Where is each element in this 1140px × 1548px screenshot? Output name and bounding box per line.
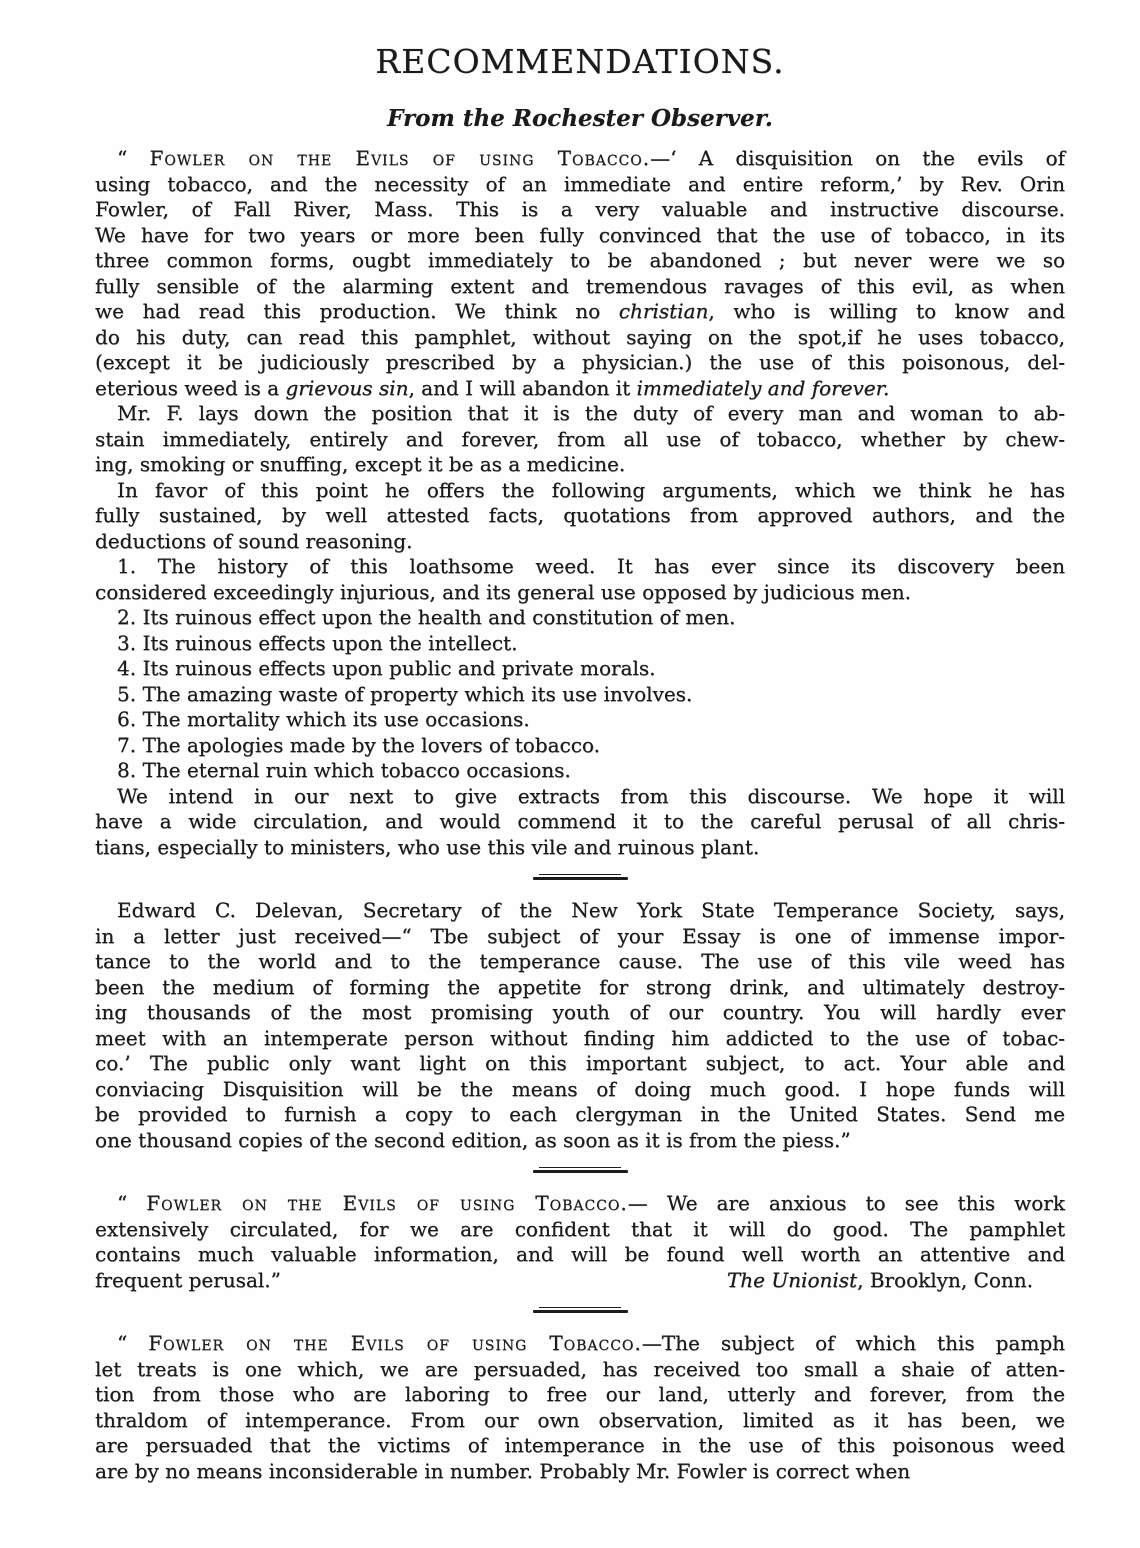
- divider-thick-bar: [533, 1170, 628, 1173]
- text-line: Mr. F. lays down the position that it is…: [95, 401, 1065, 427]
- attribution-text: The Unionist, Brooklyn, Conn.: [727, 1268, 1033, 1294]
- text-column: RECOMMENDATIONS. From the Rochester Obse…: [95, 45, 1065, 1484]
- text-line: We have for two years or more been fully…: [95, 223, 1065, 249]
- text-line: let treats is one which, we are persuade…: [95, 1357, 1065, 1383]
- text-line: meet with an intemperate person without …: [95, 1026, 1065, 1052]
- text-line: contains much valuable information, and …: [95, 1242, 1065, 1268]
- argument-item-7: 7. The apologies made by the lovers of t…: [95, 733, 1065, 759]
- text-line: been the medium of forming the appetite …: [95, 975, 1065, 1001]
- unionist-review-paragraph: “ Fowler on the Evils of using Tobacco.—…: [95, 1191, 1065, 1293]
- text-line: frequent perusal.”The Unionist, Brooklyn…: [95, 1268, 1065, 1294]
- text-line: tance to the world and to the temperance…: [95, 949, 1065, 975]
- divider-thin-bar: [539, 874, 621, 875]
- text-line: considered exceedingly injurious, and it…: [95, 580, 1065, 606]
- closing-paragraph: We intend in our next to give extracts f…: [95, 784, 1065, 861]
- italic-text: The Unionist: [727, 1268, 857, 1292]
- text-line: fully sensible of the alarming extent an…: [95, 274, 1065, 300]
- position-paragraph: Mr. F. lays down the position that it is…: [95, 401, 1065, 478]
- text-line: Edward C. Delevan, Secretary of the New …: [95, 898, 1065, 924]
- text-line: tion from those who are laboring to free…: [95, 1382, 1065, 1408]
- page-title: RECOMMENDATIONS.: [95, 45, 1065, 78]
- text-line: 6. The mortality which its use occasions…: [95, 707, 1065, 733]
- argument-item-6: 6. The mortality which its use occasions…: [95, 707, 1065, 733]
- text-line: 3. Its ruinous effects upon the intellec…: [95, 631, 1065, 657]
- section-divider: [533, 874, 628, 880]
- final-review-paragraph: “ Fowler on the Evils of using Tobacco.—…: [95, 1331, 1065, 1484]
- divider-thin-bar: [539, 1307, 621, 1308]
- plain-text: “: [117, 146, 149, 170]
- argument-item-2: 2. Its ruinous effect upon the health an…: [95, 605, 1065, 631]
- text-line: 2. Its ruinous effect upon the health an…: [95, 605, 1065, 631]
- text-line: stain immediately, entirely and forever,…: [95, 427, 1065, 453]
- plain-text: “: [117, 1331, 148, 1355]
- divider-thick-bar: [533, 1310, 628, 1313]
- argument-item-8: 8. The eternal ruin which tobacco occasi…: [95, 758, 1065, 784]
- text-line: are by no means inconsiderable in number…: [95, 1459, 1065, 1485]
- quote-end-text: frequent perusal.”: [95, 1268, 281, 1294]
- text-line: 4. Its ruinous effects upon public and p…: [95, 656, 1065, 682]
- text-line: thraldom of intemperance. From our own o…: [95, 1408, 1065, 1434]
- plain-text: —‘ A disquisition on the evils of: [650, 146, 1065, 170]
- italic-text: grievous sin: [285, 376, 408, 400]
- text-line: are persuaded that the victims of intemp…: [95, 1433, 1065, 1459]
- plain-text: “: [117, 1191, 146, 1215]
- text-line: co.’ The public only want light on this …: [95, 1051, 1065, 1077]
- text-line: 7. The apologies made by the lovers of t…: [95, 733, 1065, 759]
- divider-thick-bar: [533, 877, 628, 880]
- text-line: using tobacco, and the necessity of an i…: [95, 172, 1065, 198]
- text-line: have a wide circulation, and would comme…: [95, 809, 1065, 835]
- text-line: (except it be judiciously prescribed by …: [95, 350, 1065, 376]
- text-line: in a letter just received—“ Tbe subject …: [95, 924, 1065, 950]
- small-caps-text: Fowler on the Evils of using Tobacco.: [146, 1191, 628, 1215]
- text-line: Fowler, of Fall River, Mass. This is a v…: [95, 197, 1065, 223]
- text-line: one thousand copies of the second editio…: [95, 1128, 1065, 1154]
- text-line: 5. The amazing waste of property which i…: [95, 682, 1065, 708]
- text-line: eterious weed is a grievous sin, and I w…: [95, 376, 1065, 402]
- text-line: “ Fowler on the Evils of using Tobacco.—…: [95, 1331, 1065, 1357]
- text-line: be provided to furnish a copy to each cl…: [95, 1102, 1065, 1128]
- plain-text: , and I will abandon it: [408, 376, 636, 400]
- argument-item-5: 5. The amazing waste of property which i…: [95, 682, 1065, 708]
- text-line: extensively circulated, for we are confi…: [95, 1217, 1065, 1243]
- text-line: deductions of sound reasoning.: [95, 529, 1065, 555]
- plain-text: — We are anxious to see this work: [628, 1191, 1065, 1215]
- text-line: We intend in our next to give extracts f…: [95, 784, 1065, 810]
- text-line: In favor of this point he offers the fol…: [95, 478, 1065, 504]
- argument-item-1: 1. The history of this loathsome weed. I…: [95, 554, 1065, 605]
- small-caps-text: Fowler on the Evils of using Tobacco.: [148, 1331, 642, 1355]
- text-line: 1. The history of this loathsome weed. I…: [95, 554, 1065, 580]
- plain-text: —The subject of which this pamph: [642, 1331, 1065, 1355]
- divider-thin-bar: [539, 1167, 621, 1168]
- document-body: “ Fowler on the Evils of using Tobacco.—…: [95, 146, 1065, 1484]
- text-line: “ Fowler on the Evils of using Tobacco.—…: [95, 1191, 1065, 1217]
- small-caps-text: Fowler on the Evils of using Tobacco.: [149, 146, 650, 170]
- plain-text: , Brooklyn, Conn.: [857, 1268, 1033, 1292]
- document-page: RECOMMENDATIONS. From the Rochester Obse…: [0, 0, 1140, 1548]
- text-line: tians, especially to ministers, who use …: [95, 835, 1065, 861]
- text-line: we had read this production. We think no…: [95, 299, 1065, 325]
- page-subtitle: From the Rochester Observer.: [95, 105, 1065, 133]
- argument-item-4: 4. Its ruinous effects upon public and p…: [95, 656, 1065, 682]
- arguments-intro-paragraph: In favor of this point he offers the fol…: [95, 478, 1065, 555]
- text-line: ing thousands of the most promising yout…: [95, 1000, 1065, 1026]
- plain-text: we had read this production. We think no: [95, 299, 619, 323]
- text-line: ing, smoking or snuffing, except it be a…: [95, 452, 1065, 478]
- italic-text: christian: [619, 299, 709, 323]
- section-divider: [533, 1167, 628, 1173]
- text-line: three common forms, ougbt immediately to…: [95, 248, 1065, 274]
- rochester-review-paragraph: “ Fowler on the Evils of using Tobacco.—…: [95, 146, 1065, 401]
- plain-text: , who is willing to know and: [708, 299, 1065, 323]
- text-line: conviacing Disquisition will be the mean…: [95, 1077, 1065, 1103]
- plain-text: eterious weed is a: [95, 376, 285, 400]
- italic-text: immediately and forever.: [636, 376, 889, 400]
- argument-item-3: 3. Its ruinous effects upon the intellec…: [95, 631, 1065, 657]
- text-line: “ Fowler on the Evils of using Tobacco.—…: [95, 146, 1065, 172]
- text-line: fully sustained, by well attested facts,…: [95, 503, 1065, 529]
- section-divider: [533, 1307, 628, 1313]
- text-line: do his duty, can read this pamphlet, wit…: [95, 325, 1065, 351]
- delevan-letter-paragraph: Edward C. Delevan, Secretary of the New …: [95, 898, 1065, 1153]
- text-line: 8. The eternal ruin which tobacco occasi…: [95, 758, 1065, 784]
